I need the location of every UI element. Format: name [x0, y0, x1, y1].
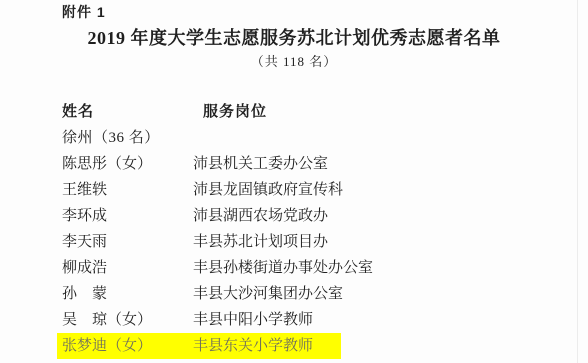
volunteer-row: 吴 琼（女）丰县中阳小学教师: [0, 307, 588, 333]
volunteer-row: 李环成沛县湖西农场党政办: [0, 203, 588, 229]
volunteer-name: 王维轶: [62, 177, 107, 203]
volunteer-row: 陈思彤（女）沛县机关工委办公室: [0, 151, 588, 177]
volunteer-name: 张梦迪（女）: [62, 333, 152, 359]
document-subtitle: （共 118 名）: [0, 52, 588, 72]
volunteer-row: 李天雨丰县苏北计划项目办: [0, 229, 588, 255]
service-position: 丰县东关小学教师: [193, 333, 313, 359]
document-page: 附件 1 2019 年度大学生志愿服务苏北计划优秀志愿者名单 （共 118 名）…: [0, 0, 588, 363]
volunteer-row: 孙 蒙丰县大沙河集团办公室: [0, 281, 588, 307]
service-position: 沛县机关工委办公室: [193, 151, 328, 177]
volunteer-name: 吴 琼（女）: [62, 307, 152, 333]
document-title: 2019 年度大学生志愿服务苏北计划优秀志愿者名单: [0, 26, 588, 50]
service-position: 丰县大沙河集团办公室: [193, 281, 343, 307]
volunteer-row: 柳成浩丰县孙楼街道办事处办公室: [0, 255, 588, 281]
service-position: 丰县孙楼街道办事处办公室: [193, 255, 373, 281]
volunteer-entries: 陈思彤（女）沛县机关工委办公室王维轶沛县龙固镇政府宣传科李环成沛县湖西农场党政办…: [0, 151, 588, 359]
volunteer-name: 孙 蒙: [62, 281, 107, 307]
volunteer-row: 王维轶沛县龙固镇政府宣传科: [0, 177, 588, 203]
column-header-position: 服务岗位: [203, 99, 267, 125]
column-header-name: 姓名: [62, 99, 94, 125]
region-group-label: 徐州（36 名）: [62, 125, 160, 151]
attachment-label: 附件 1: [62, 2, 106, 22]
list-header-row: 姓名 服务岗位: [0, 99, 588, 125]
volunteer-row-highlighted: 张梦迪（女）丰县东关小学教师: [0, 333, 588, 359]
service-position: 沛县湖西农场党政办: [193, 203, 328, 229]
region-group-row: 徐州（36 名）: [0, 125, 588, 151]
service-position: 丰县苏北计划项目办: [193, 229, 328, 255]
volunteer-name: 李天雨: [62, 229, 107, 255]
volunteer-name: 柳成浩: [62, 255, 107, 281]
volunteer-name: 李环成: [62, 203, 107, 229]
service-position: 丰县中阳小学教师: [193, 307, 313, 333]
volunteer-name: 陈思彤（女）: [62, 151, 152, 177]
volunteer-list: 姓名 服务岗位 徐州（36 名） 陈思彤（女）沛县机关工委办公室王维轶沛县龙固镇…: [0, 99, 588, 359]
service-position: 沛县龙固镇政府宣传科: [193, 177, 343, 203]
